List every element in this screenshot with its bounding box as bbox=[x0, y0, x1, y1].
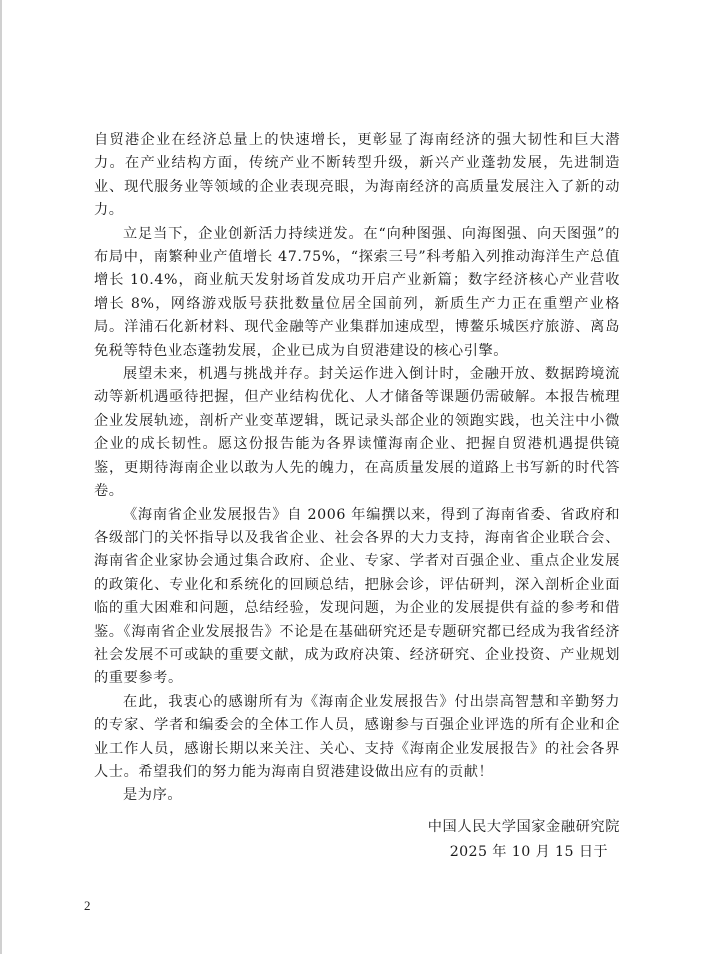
paragraph-acknowledgements: 在此，我衷心的感谢所有为《海南企业发展报告》付出崇高智慧和辛勤努力的专家、学者和… bbox=[94, 691, 620, 785]
page-number: 2 bbox=[84, 898, 91, 914]
paragraph-outlook: 展望未来，机遇与挑战并存。封关运作进入倒计时，金融开放、数据跨境流动等新机遇亟待… bbox=[94, 363, 620, 503]
page-edge-rule bbox=[0, 0, 2, 954]
paragraph-economic-growth: 自贸港企业在经济总量上的快速增长，更彰显了海南经济的强大韧性和巨大潜力。在产业结… bbox=[94, 129, 620, 223]
preface-body: 自贸港企业在经济总量上的快速增长，更彰显了海南经济的强大韧性和巨大潜力。在产业结… bbox=[94, 129, 620, 808]
signature-block: 中国人民大学国家金融研究院 2025 年 10 月 15 日于 bbox=[380, 815, 620, 865]
paragraph-innovation: 立足当下，企业创新活力持续迸发。在“向种图强、向海图强、向天图强”的布局中，南繁… bbox=[94, 223, 620, 363]
paragraph-report-history: 《海南省企业发展报告》自 2006 年编撰以来，得到了海南省委、省政府和各级部门… bbox=[94, 504, 620, 691]
signature-date: 2025 年 10 月 15 日于 bbox=[380, 840, 620, 865]
paragraph-closing: 是为序。 bbox=[94, 784, 620, 807]
signature-organization: 中国人民大学国家金融研究院 bbox=[380, 815, 620, 840]
